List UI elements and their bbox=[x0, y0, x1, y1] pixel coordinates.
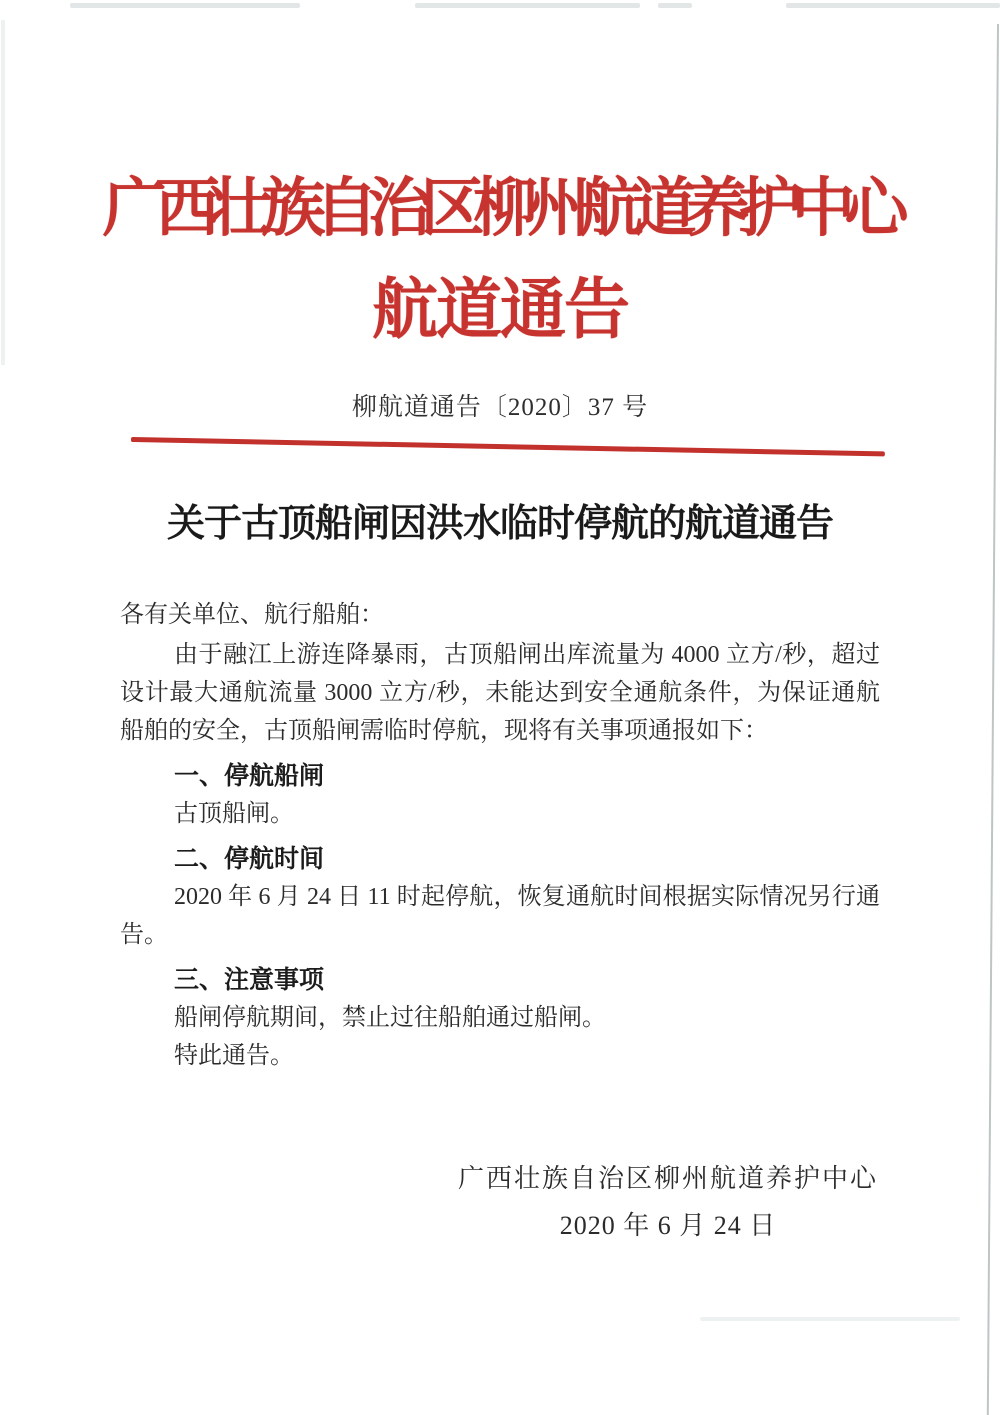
signature-organization: 广西壮族自治区柳州航道养护中心 bbox=[458, 1160, 878, 1198]
scanned-notice-page: 广西壮族自治区柳州航道养护中心 航道通告 柳航道通告〔2020〕37 号 关于古… bbox=[0, 0, 1000, 1415]
section-2-body: 2020 年 6 月 24 日 11 时起停航，恢复通航时间根据实际情况另行通告… bbox=[120, 878, 880, 954]
signature-date: 2020 年 6 月 24 日 bbox=[458, 1207, 878, 1245]
section-2-heading: 二、停航时间 bbox=[120, 840, 880, 878]
notice-title: 关于古顶船闸因洪水临时停航的航道通告 bbox=[0, 498, 1000, 550]
intro-paragraph: 由于融江上游连降暴雨，古顶船闸出库流量为 4000 立方/秒，超过设计最大通航流… bbox=[120, 636, 880, 750]
section-1-heading: 一、停航船闸 bbox=[120, 757, 880, 795]
scan-smudge-bottom bbox=[700, 1317, 960, 1321]
section-1-body: 古顶船闸。 bbox=[120, 795, 880, 833]
section-3-body: 船闸停航期间，禁止过往船舶通过船闸。 bbox=[120, 999, 880, 1037]
document-number: 柳航道通告〔2020〕37 号 bbox=[0, 392, 1000, 424]
letterhead-org-title-line1: 广西壮族自治区柳州航道养护中心 bbox=[0, 0, 1000, 246]
salutation: 各有关单位、航行船舶： bbox=[120, 596, 880, 634]
signature-block: 广西壮族自治区柳州航道养护中心 2020 年 6 月 24 日 bbox=[458, 1160, 878, 1245]
letterhead-org-title-line2: 航道通告 bbox=[0, 272, 1000, 350]
red-divider-line bbox=[131, 437, 885, 456]
notice-body: 各有关单位、航行船舶： 由于融江上游连降暴雨，古顶船闸出库流量为 4000 立方… bbox=[120, 596, 880, 1075]
section-3-heading: 三、注意事项 bbox=[120, 961, 880, 999]
closing-line: 特此通告。 bbox=[120, 1037, 880, 1075]
